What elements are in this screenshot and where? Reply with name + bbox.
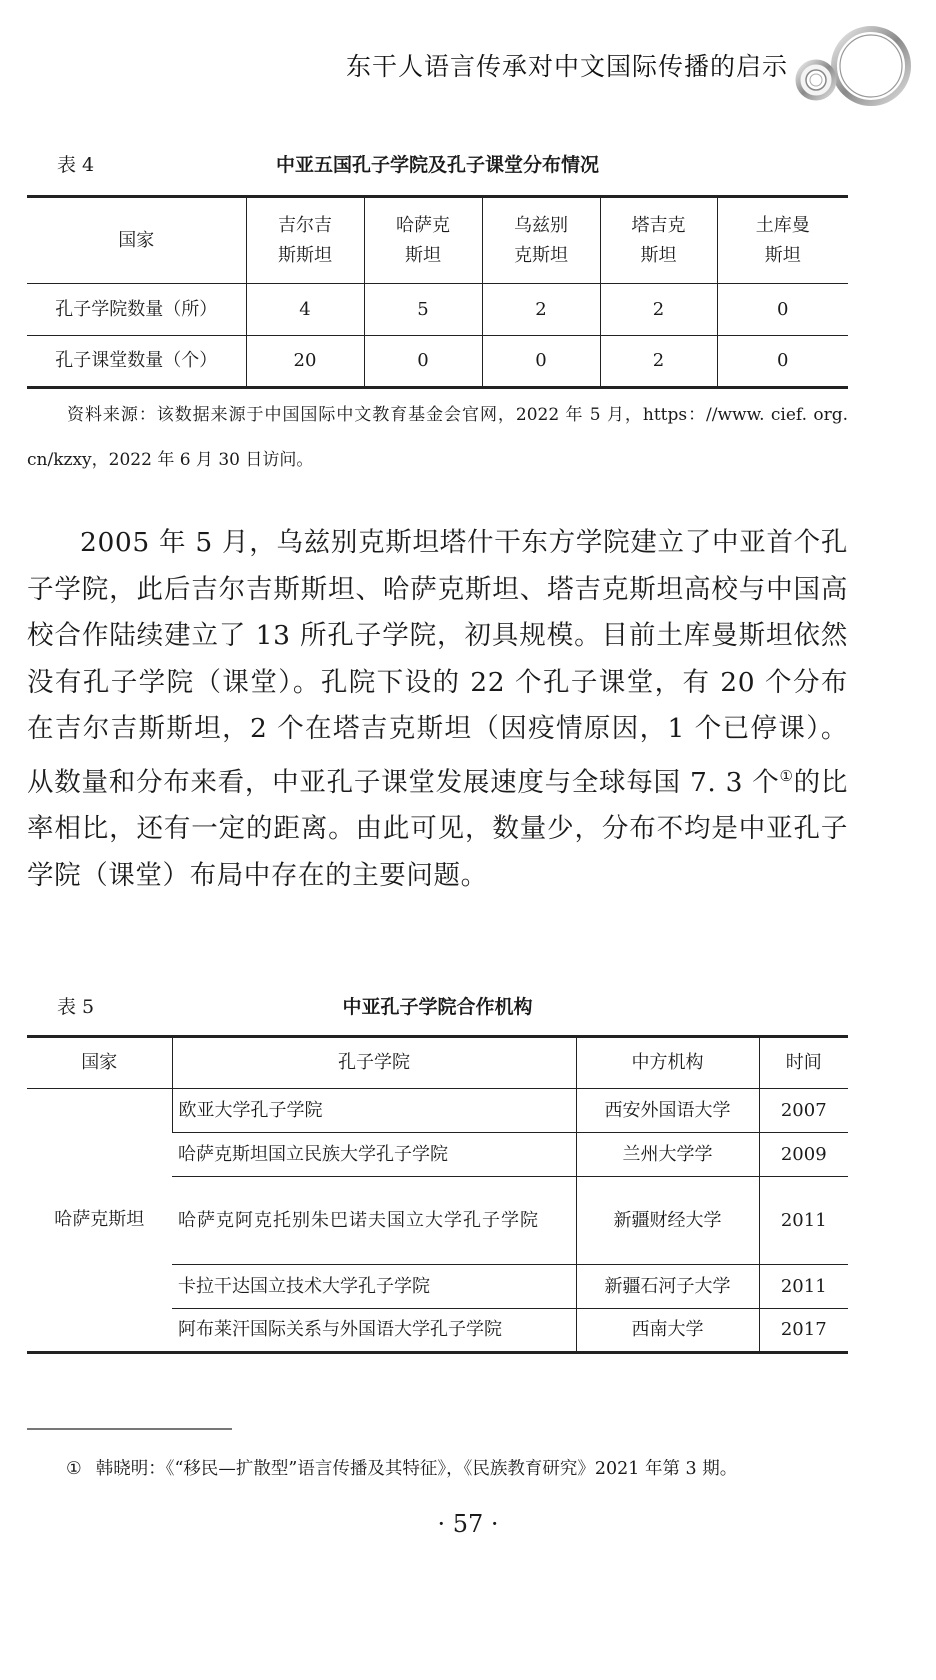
country-cell: 哈萨克斯坦 [27,1089,172,1353]
institute-cell: 卡拉干达国立技术大学孔子学院 [172,1265,576,1309]
year-cell: 2011 [759,1265,848,1309]
cell-value: 0 [717,336,848,388]
table5-header-country: 国家 [27,1037,172,1089]
footnote: ①韩晓明：《“移民—扩散型”语言传播及其特征》，《民族教育研究》2021 年第 … [66,1455,737,1480]
table-row: 哈萨克斯坦 欧亚大学孔子学院 西安外国语大学 2007 [27,1089,848,1133]
table4-header-kyrgyzstan: 吉尔吉斯斯坦 [246,197,364,284]
institute-cell: 阿布莱汗国际关系与外国语大学孔子学院 [172,1309,576,1353]
cell-value: 2 [600,284,717,336]
page-number: · 57 · [0,1510,936,1538]
table5-header-partner: 中方机构 [576,1037,759,1089]
partner-cell: 兰州大学学 [576,1133,759,1177]
partner-cell: 新疆财经大学 [576,1177,759,1265]
cell-value: 2 [482,284,600,336]
table5-caption: 表 5 中亚孔子学院合作机构 [27,992,848,1022]
year-cell: 2017 [759,1309,848,1353]
cell-value: 5 [364,284,482,336]
cell-value: 20 [246,336,364,388]
table5-header-institute: 孔子学院 [172,1037,576,1089]
table4-header-kazakhstan: 哈萨克斯坦 [364,197,482,284]
partner-cell: 西南大学 [576,1309,759,1353]
running-header: 东干人语言传承对中文国际传播的启示 [0,0,936,110]
cell-value: 4 [246,284,364,336]
table4-header-turkmenistan: 土库曼斯坦 [717,197,848,284]
footnote-reference[interactable]: ① [779,767,793,785]
year-cell: 2009 [759,1133,848,1177]
running-header-title: 东干人语言传承对中文国际传播的启示 [346,47,788,83]
table4-header-tajikistan: 塔吉克斯坦 [600,197,717,284]
year-cell: 2007 [759,1089,848,1133]
year-cell: 2011 [759,1177,848,1265]
footnote-text: 韩晓明：《“移民—扩散型”语言传播及其特征》，《民族教育研究》2021 年第 3… [96,1459,738,1479]
cell-value: 2 [600,336,717,388]
row-label: 孔子课堂数量（个） [27,336,246,388]
table5-title: 中亚孔子学院合作机构 [27,992,848,1019]
table4-title: 中亚五国孔子学院及孔子课堂分布情况 [27,150,848,177]
partner-cell: 西安外国语大学 [576,1089,759,1133]
cell-value: 0 [482,336,600,388]
table5: 国家 孔子学院 中方机构 时间 哈萨克斯坦 欧亚大学孔子学院 西安外国语大学 2… [27,1035,848,1354]
partner-cell: 新疆石河子大学 [576,1265,759,1309]
footnote-divider [27,1428,232,1430]
table4-source-note: 资料来源：该数据来源于中国国际中文教育基金会官网，2022 年 5 月，http… [27,393,848,483]
table4: 国家 吉尔吉斯斯坦 哈萨克斯坦 乌兹别克斯坦 塔吉克斯坦 土库曼斯坦 孔子学院数… [27,195,848,389]
row-label: 孔子学院数量（所） [27,284,246,336]
body-paragraph: 2005 年 5 月，乌兹别克斯坦塔什干东方学院建立了中亚首个孔子学院，此后吉尔… [27,520,848,899]
table4-header-country: 国家 [27,197,246,284]
institute-cell: 欧亚大学孔子学院 [172,1089,576,1133]
table4-header-uzbekistan: 乌兹别克斯坦 [482,197,600,284]
table-row: 孔子课堂数量（个） 20 0 0 2 0 [27,336,848,388]
cell-value: 0 [717,284,848,336]
table5-header-year: 时间 [759,1037,848,1089]
concentric-rings-icon [795,24,915,110]
footnote-mark: ① [66,1459,82,1479]
cell-value: 0 [364,336,482,388]
table-row: 孔子学院数量（所） 4 5 2 2 0 [27,284,848,336]
table4-caption: 表 4 中亚五国孔子学院及孔子课堂分布情况 [27,150,848,180]
institute-cell: 哈萨克斯坦国立民族大学孔子学院 [172,1133,576,1177]
institute-cell: 哈萨克阿克托别朱巴诺夫国立大学孔子学院 [172,1177,576,1265]
